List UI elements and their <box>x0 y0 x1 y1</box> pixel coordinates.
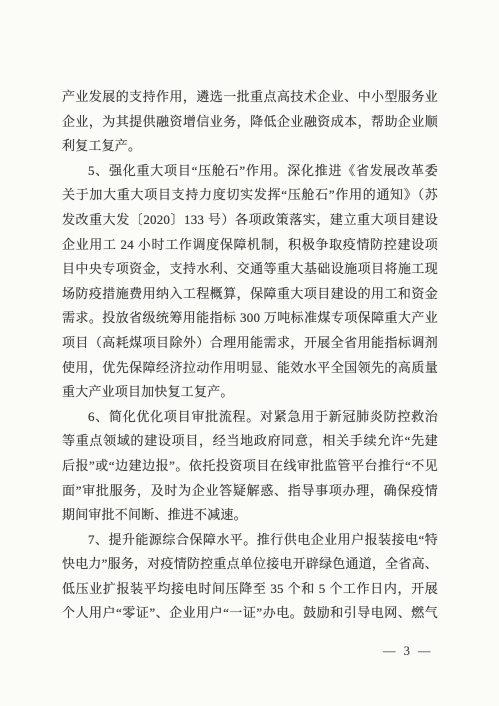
text-line: 需求。投放省级统筹用能指标 300 万吨标准煤专项保障重大产业 <box>62 306 438 331</box>
text-line: 关于加大重大项目支持力度切实发挥“压舱石”作用的通知》（苏 <box>62 183 438 208</box>
text-line: 6、简化优化项目审批流程。对紧急用于新冠肺炎防控救治 <box>62 405 438 430</box>
text-line: 个人用户“零证”、企业用户“一证”办电。鼓励和引导电网、燃气 <box>62 601 438 626</box>
text-line: 低压业扩报装平均接电时间压降至 35 个和 5 个工作日内，开展 <box>62 577 438 602</box>
text-line: 发改重大发〔2020〕133 号）各项政策落实，建立重大项目建设 <box>62 208 438 233</box>
text-line: 重大产业项目加快复工复产。 <box>62 380 438 405</box>
text-line: 产业发展的支持作用，遴选一批重点高技术企业、中小型服务业 <box>62 85 438 110</box>
text-line: 目中央专项资金，支持水利、交通等重大基础设施项目将施工现 <box>62 257 438 282</box>
text-line: 企业用工 24 小时工作调度保障机制，积极争取疫情防控建设项 <box>62 233 438 258</box>
text-line: 后报”或“边建边报”。依托投资项目在线审批监管平台推行“不见 <box>62 454 438 479</box>
text-line: 场防疫措施费用纳入工程概算，保障重大项目建设的用工和资金 <box>62 282 438 307</box>
text-line: 项目（高耗煤项目除外）合理用能需求，开展全省用能指标调剂 <box>62 331 438 356</box>
text-line: 面”审批服务，及时为企业答疑解惑、指导事项办理，确保疫情 <box>62 479 438 504</box>
text-line: 7、提升能源综合保障水平。推行供电企业用户报装接电“特 <box>62 528 438 553</box>
text-line: 利复工复产。 <box>62 134 438 159</box>
text-line: 5、强化重大项目“压舱石”作用。深化推进《省发展改革委 <box>62 159 438 184</box>
text-line: 快电力”服务，对疫情防控重点单位接电开辟绿色通道，全省高、 <box>62 552 438 577</box>
text-line: 使用，优先保障经济拉动作用明显、能效水平全国领先的高质量 <box>62 356 438 381</box>
text-line: 等重点领域的建设项目，经当地政府同意，相关手续允许“先建 <box>62 429 438 454</box>
document-body: 产业发展的支持作用，遴选一批重点高技术企业、中小型服务业企业，为其提供融资增信业… <box>62 85 438 626</box>
page-number: — 3 — <box>383 644 433 659</box>
document-page: 产业发展的支持作用，遴选一批重点高技术企业、中小型服务业企业，为其提供融资增信业… <box>0 0 499 706</box>
text-line: 期间审批不间断、推进不减速。 <box>62 503 438 528</box>
text-line: 企业，为其提供融资增信业务，降低企业融资成本，帮助企业顺 <box>62 110 438 135</box>
